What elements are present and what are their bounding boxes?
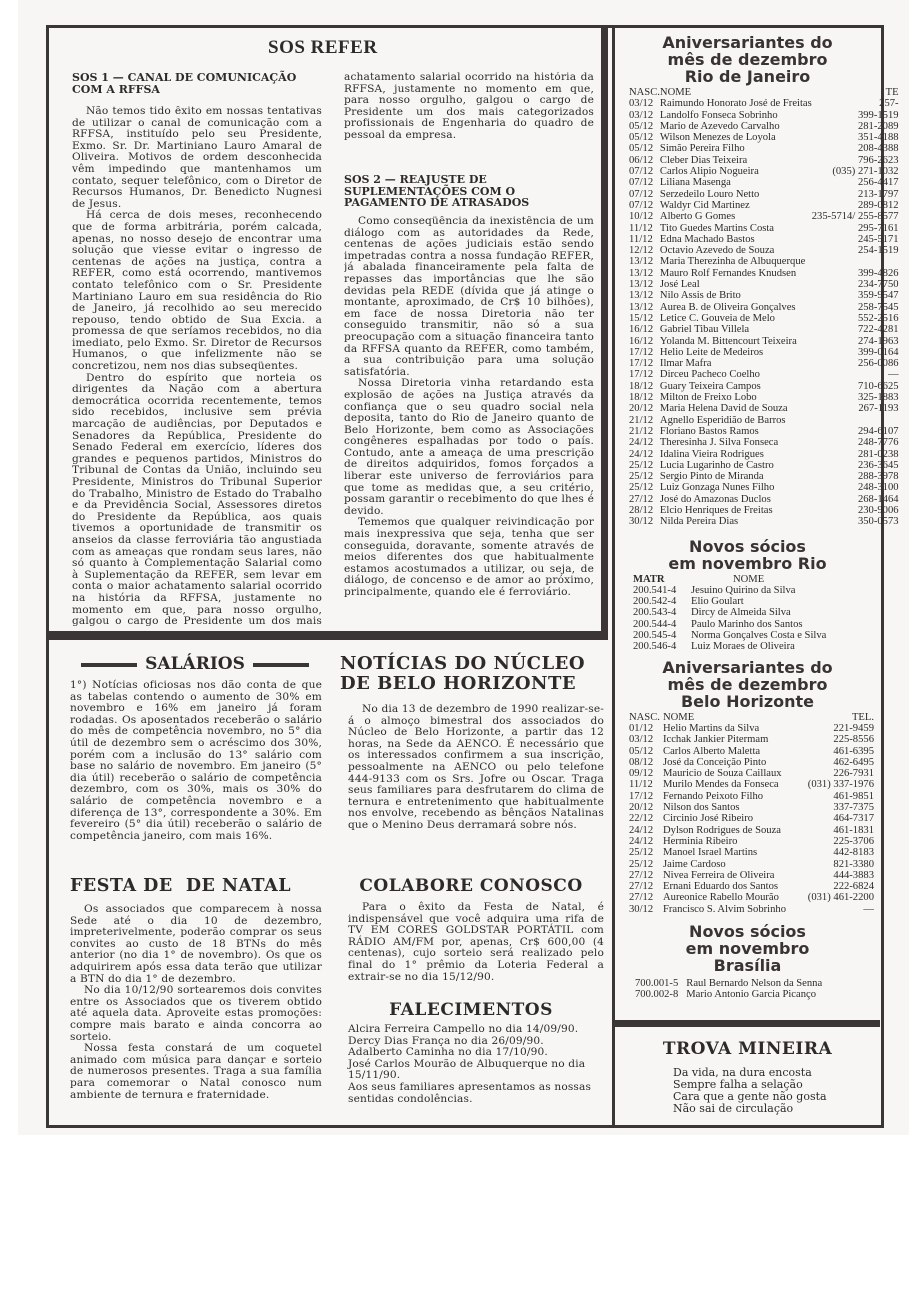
row-key: 16/12 xyxy=(629,324,660,335)
row-key: 700.001-5 xyxy=(635,978,678,989)
sos2-paragraph: Nossa Diretoria vinha retardando esta ex… xyxy=(344,378,594,517)
row-phone: 248-7776 xyxy=(812,437,899,448)
row-key: 17/12 xyxy=(629,358,660,369)
row-name: Dirceu Pacheco Coelho xyxy=(660,369,812,380)
row-phone: 294-6107 xyxy=(812,426,899,437)
row-phone: 337-7375 xyxy=(800,802,874,813)
aniv-bh-title-line3: Belo Horizonte xyxy=(615,693,880,710)
row-phone: 464-7317 xyxy=(800,813,874,824)
falecimento-item: Alcira Ferreira Campello no dia 14/09/90… xyxy=(348,1024,604,1036)
row-name: Raul Bernardo Nelson da Senna xyxy=(678,978,822,989)
row-phone: 230-9006 xyxy=(812,505,899,516)
table-row: 13/12Nilo Assis de Brito359-9547 xyxy=(629,290,899,301)
row-phone: 350-0573 xyxy=(812,516,899,527)
row-phone: 225-8556 xyxy=(800,734,874,745)
festa-paragraph: Os associados que comparecem à nossa Sed… xyxy=(70,904,322,985)
row-key: 27/12 xyxy=(629,892,663,903)
aniv-rio-title-line2: mês de dezembro xyxy=(615,51,880,68)
row-name: Mario de Azevedo Carvalho xyxy=(660,121,812,132)
row-name: Letice C. Gouveia de Melo xyxy=(660,313,812,324)
row-name: Milton de Freixo Lobo xyxy=(660,392,812,403)
sos1-paragraph: Não temos tido êxito em nossas tentativa… xyxy=(72,106,322,210)
table-row: 05/12Wilson Menezes de Loyola351-4188 xyxy=(629,132,899,143)
row-name: Carlos Alberto Maletta xyxy=(663,746,800,757)
row-key: 27/12 xyxy=(629,494,660,505)
row-key: 08/12 xyxy=(629,757,663,768)
table-row: 17/12Dirceu Pacheco Coelho— xyxy=(629,369,899,380)
row-name: Serzedeilo Louro Netto xyxy=(660,189,812,200)
row-phone: 289-0812 xyxy=(812,200,899,211)
row-phone: 254-1519 xyxy=(812,245,899,256)
table-row: 27/12José do Amazonas Duclos268-1464 xyxy=(629,494,899,505)
row-name: Maria Therezinha de Albuquerque xyxy=(660,256,812,267)
sos2-heading: SOS 2 — REAJUSTE DE SUPLEMENTAÇÕES COM O… xyxy=(344,174,594,209)
row-key: 30/12 xyxy=(629,516,660,527)
table-row: 05/12Carlos Alberto Maletta461-6395 xyxy=(629,746,874,757)
row-phone: 325-1883 xyxy=(812,392,899,403)
row-name: Idalina Vieira Rodrigues xyxy=(660,449,812,460)
row-key: 27/12 xyxy=(629,881,663,892)
row-name: Nilson dos Santos xyxy=(663,802,800,813)
row-name: Floriano Bastos Ramos xyxy=(660,426,812,437)
table-row: 200.543-4Dircy de Almeida Silva xyxy=(633,607,826,618)
row-phone xyxy=(812,415,899,426)
row-key: 13/12 xyxy=(629,279,660,290)
row-phone: 462-6495 xyxy=(800,757,874,768)
sos-refer-section: SOS REFER SOS 1 — CANAL DE COMUNICAÇÃO C… xyxy=(48,28,608,640)
socios-brasilia-table: 700.001-5Raul Bernardo Nelson da Senna70… xyxy=(635,978,822,1001)
row-phone: 248-3100 xyxy=(812,482,899,493)
table-row: 21/12Floriano Bastos Ramos294-6107 xyxy=(629,426,899,437)
table-row: 20/12Maria Helena David de Souza267-1193 xyxy=(629,403,899,414)
row-phone: (031) 461-2200 xyxy=(800,892,874,903)
row-name: Raimundo Honorato José de Freitas xyxy=(660,98,812,109)
table-row: 17/12Helio Leite de Medeiros399-0164 xyxy=(629,347,899,358)
aniv-bh-table: NASC. NOME TEL. 01/12Helio Martins da Si… xyxy=(629,712,874,915)
row-name: Luiz Moraes de Oliveira xyxy=(683,641,826,652)
row-phone: — xyxy=(812,369,899,380)
salarios-header: SALÁRIOS xyxy=(64,654,326,674)
rule-left xyxy=(81,663,137,667)
row-key: 13/12 xyxy=(629,256,660,267)
row-name: Landolfo Fonseca Sobrinho xyxy=(660,110,812,121)
row-name: Sergio Pinto de Miranda xyxy=(660,471,812,482)
nucleo-bh-title: NOTÍCIAS DO NÚCLEO DE BELO HORIZONTE xyxy=(340,654,585,694)
row-phone: 225-3706 xyxy=(800,836,874,847)
socios-rio-title-line2: em novembro Rio xyxy=(615,555,880,572)
col-matr: MATR xyxy=(633,574,683,585)
table-row: 01/12Helio Martins da Silva221-9459 xyxy=(629,723,874,734)
falecimentos-list: Alcira Ferreira Campello no dia 14/09/90… xyxy=(348,1024,604,1105)
row-phone: 274-1963 xyxy=(812,336,899,347)
nucleo-bh-title-line2: DE BELO HORIZONTE xyxy=(340,674,585,694)
row-name: José Leal xyxy=(660,279,812,290)
row-phone: 267-1193 xyxy=(812,403,899,414)
row-name: Nivea Ferreira de Oliveira xyxy=(663,870,800,881)
row-phone: 268-1464 xyxy=(812,494,899,505)
row-phone: 442-8183 xyxy=(800,847,874,858)
row-key: 22/12 xyxy=(629,813,663,824)
row-phone: 222-6824 xyxy=(800,881,874,892)
row-name: Murilo Mendes da Fonseca xyxy=(663,779,800,790)
row-name: Norma Gonçalves Costa e Silva xyxy=(683,630,826,641)
aniv-bh-title-line2: mês de dezembro xyxy=(615,676,880,693)
row-phone: 281-2089 xyxy=(812,121,899,132)
row-key: 11/12 xyxy=(629,223,660,234)
col-nome: NOME xyxy=(663,712,800,723)
row-name: Tito Guedes Martins Costa xyxy=(660,223,812,234)
sos1-heading: SOS 1 — CANAL DE COMUNICAÇÃO COM A RFFSA xyxy=(72,72,322,95)
table-row: 700.002-8Mario Antonio Garcia Picanço xyxy=(635,989,822,1000)
table-row: 11/12Tito Guedes Martins Costa295-7161 xyxy=(629,223,899,234)
sos1-continuation-text: achatamento salarial ocorrido na históri… xyxy=(344,72,594,141)
col-tel: TEL. xyxy=(800,712,874,723)
table-row: 25/12Luiz Gonzaga Nunes Filho248-3100 xyxy=(629,482,899,493)
row-name: Jaime Cardoso xyxy=(663,859,800,870)
row-name: Theresinha J. Silva Fonseca xyxy=(660,437,812,448)
table-row: 18/12Guary Teixeira Campos710-6625 xyxy=(629,381,899,392)
table-row: 16/12Yolanda M. Bittencourt Teixeira274-… xyxy=(629,336,899,347)
row-name: Elcio Henriques de Freitas xyxy=(660,505,812,516)
festa-body: Os associados que comparecem à nossa Sed… xyxy=(70,904,322,1101)
table-row: 25/12Lucia Lugarinho de Castro236-3645 xyxy=(629,460,899,471)
col-nasc: NASC. xyxy=(629,712,663,723)
table-row: 03/12Icchak Jankier Pitermam225-8556 xyxy=(629,734,874,745)
row-key: 25/12 xyxy=(629,471,660,482)
table-row: 13/12Mauro Rolf Fernandes Knudsen399-482… xyxy=(629,268,899,279)
row-name: Manoel Israel Martins xyxy=(663,847,800,858)
trova-verse: Da vida, na dura encosta Sempre falha a … xyxy=(673,1067,880,1115)
row-name: Paulo Marinho dos Santos xyxy=(683,619,826,630)
trova-title: TROVA MINEIRA xyxy=(615,1039,880,1059)
row-key: 18/12 xyxy=(629,381,660,392)
row-key: 17/12 xyxy=(629,369,660,380)
row-name: Mario Antonio Garcia Picanço xyxy=(678,989,822,1000)
sos1-paragraph: Há cerca de dois meses, reconhecendo que… xyxy=(72,210,322,372)
row-phone: 226-7931 xyxy=(800,768,874,779)
row-phone: (035) 271-1032 xyxy=(812,166,899,177)
row-name: Helio Leite de Medeiros xyxy=(660,347,812,358)
row-key: 09/12 xyxy=(629,768,663,779)
row-name: Dircy de Almeida Silva xyxy=(683,607,826,618)
table-row: 06/12Cleber Dias Teixeira796-2623 xyxy=(629,155,899,166)
bottom-sections: SALÁRIOS 1°) Notícias oficiosas nos dão … xyxy=(48,640,612,1126)
table-row: 24/12Theresinha J. Silva Fonseca248-7776 xyxy=(629,437,899,448)
row-key: 03/12 xyxy=(629,110,660,121)
table-row: 08/12José da Conceição Pinto462-6495 xyxy=(629,757,874,768)
table-row: 24/12Herminia Ribeiro225-3706 xyxy=(629,836,874,847)
table-row: 200.545-4Norma Gonçalves Costa e Silva xyxy=(633,630,826,641)
row-name: Octavio Azevedo de Souza xyxy=(660,245,812,256)
table-row: 05/12Mario de Azevedo Carvalho281-2089 xyxy=(629,121,899,132)
row-key: 05/12 xyxy=(629,746,663,757)
row-key: 28/12 xyxy=(629,505,660,516)
table-row: 25/12Jaime Cardoso821-3380 xyxy=(629,859,874,870)
row-name: Liliana Masenga xyxy=(660,177,812,188)
row-key: 13/12 xyxy=(629,290,660,301)
row-key: 13/12 xyxy=(629,268,660,279)
row-name: Lucia Lugarinho de Castro xyxy=(660,460,812,471)
row-name: Guary Teixeira Campos xyxy=(660,381,812,392)
table-row: 07/12Waldyr Cid Martinez289-0812 xyxy=(629,200,899,211)
row-key: 25/12 xyxy=(629,460,660,471)
row-name: Nilda Pereira Dias xyxy=(660,516,812,527)
row-name: Wilson Menezes de Loyola xyxy=(660,132,812,143)
row-key: 24/12 xyxy=(629,437,660,448)
row-phone: 258-7545 xyxy=(812,302,899,313)
row-name: Nilo Assis de Brito xyxy=(660,290,812,301)
row-key: 200.542-4 xyxy=(633,596,683,607)
row-key: 20/12 xyxy=(629,403,660,414)
table-row: 15/12Letice C. Gouveia de Melo552-2516 xyxy=(629,313,899,324)
row-name: Ilmar Mafra xyxy=(660,358,812,369)
row-key: 06/12 xyxy=(629,155,660,166)
sos-refer-title: SOS REFER xyxy=(268,37,378,59)
row-name: Alberto G Gomes xyxy=(660,211,812,222)
row-phone: 461-9851 xyxy=(800,791,874,802)
row-key: 27/12 xyxy=(629,870,663,881)
trova-line: Não sai de circulação xyxy=(673,1103,880,1115)
table-row: 21/12Agnello Esperidião de Barros xyxy=(629,415,899,426)
row-phone: 722-4281 xyxy=(812,324,899,335)
table-row: 11/12Murilo Mendes da Fonseca(031) 337-1… xyxy=(629,779,874,790)
row-name: Circinio José Ribeiro xyxy=(663,813,800,824)
row-phone: 710-6625 xyxy=(812,381,899,392)
nucleo-bh-paragraph: No dia 13 de dezembro de 1990 realizar-s… xyxy=(348,704,604,832)
row-key: 16/12 xyxy=(629,336,660,347)
row-name: Waldyr Cid Martinez xyxy=(660,200,812,211)
row-key: 20/12 xyxy=(629,802,663,813)
sos1-body-col1: Não temos tido êxito em nossas tentativa… xyxy=(72,106,322,626)
row-key: 15/12 xyxy=(629,313,660,324)
table-row: 30/12Francisco S. Alvim Sobrinho— xyxy=(629,904,874,915)
trova-mineira-section: TROVA MINEIRA Da vida, na dura encosta S… xyxy=(612,1020,880,1126)
table-row: 24/12Dylson Rodrigues de Souza461-1831 xyxy=(629,825,874,836)
row-name: Maria Helena David de Souza xyxy=(660,403,812,414)
aniv-rio-table: NASC. NOME TE 03/12Raimundo Honorato Jos… xyxy=(629,87,899,528)
row-key: 05/12 xyxy=(629,143,660,154)
sos1-paragraph: Dentro do espírito que norteia os dirige… xyxy=(72,373,322,626)
row-key: 200.541-4 xyxy=(633,585,683,596)
table-row: 07/12Serzedeilo Louro Netto213-1797 xyxy=(629,189,899,200)
table-row: 11/12Edna Machado Bastos245-5171 xyxy=(629,234,899,245)
row-name: Carlos Alipio Nogueira xyxy=(660,166,812,177)
aniv-bh-title: Aniversariantes do mês de dezembro Belo … xyxy=(615,659,880,710)
row-key: 25/12 xyxy=(629,847,663,858)
sos1-continuation: achatamento salarial ocorrido na históri… xyxy=(344,72,594,152)
colabore-paragraph: Para o êxito da Festa de Natal, é indisp… xyxy=(348,902,604,983)
col-nome: NOME xyxy=(660,87,812,98)
sos2-body: Como conseqüência da inexistência de um … xyxy=(344,216,594,628)
socios-rio-title-line1: Novos sócios xyxy=(615,538,880,555)
table-row: 07/12Liliana Masenga256-4417 xyxy=(629,177,899,188)
row-phone: 295-7161 xyxy=(812,223,899,234)
row-key: 200.544-4 xyxy=(633,619,683,630)
row-phone: 208-4388 xyxy=(812,143,899,154)
row-phone: 399-1519 xyxy=(812,110,899,121)
salarios-title: SALÁRIOS xyxy=(142,654,248,674)
row-name: Luiz Gonzaga Nunes Filho xyxy=(660,482,812,493)
table-row: 13/12José Leal234-7750 xyxy=(629,279,899,290)
row-name: Francisco S. Alvim Sobrinho xyxy=(663,904,800,915)
row-key: 07/12 xyxy=(629,177,660,188)
salarios-text: 1°) Notícias oficiosas nos dão conta de … xyxy=(70,680,322,842)
table-row: 07/12Carlos Alipio Nogueira(035) 271-103… xyxy=(629,166,899,177)
table-row: 05/12Simão Pereira Filho208-4388 xyxy=(629,143,899,154)
row-name: José do Amazonas Duclos xyxy=(660,494,812,505)
sos2-paragraph: Tememos que qualquer reivindicação por m… xyxy=(344,517,594,598)
row-key: 17/12 xyxy=(629,347,660,358)
row-name: Ernani Eduardo dos Santos xyxy=(663,881,800,892)
table-row: 13/12Maria Therezinha de Albuquerque xyxy=(629,256,899,267)
right-column: Aniversariantes do mês de dezembro Rio d… xyxy=(612,28,880,1020)
row-key: 21/12 xyxy=(629,426,660,437)
row-key: 12/12 xyxy=(629,245,660,256)
table-row: 17/12Fernando Peixoto Filho461-9851 xyxy=(629,791,874,802)
row-name: Aureonice Rabello Mourão xyxy=(663,892,800,903)
row-phone: 236-3645 xyxy=(812,460,899,471)
row-key: 13/12 xyxy=(629,302,660,313)
table-row: 27/12Aureonice Rabello Mourão(031) 461-2… xyxy=(629,892,874,903)
rule-right xyxy=(253,663,309,667)
aniv-rio-title-line1: Aniversariantes do xyxy=(615,34,880,51)
aniv-bh-title-line1: Aniversariantes do xyxy=(615,659,880,676)
table-row: 200.544-4Paulo Marinho dos Santos xyxy=(633,619,826,630)
row-name: Mauricio de Souza Caillaux xyxy=(663,768,800,779)
row-key: 11/12 xyxy=(629,234,660,245)
column-divider xyxy=(612,640,615,1126)
socios-brasilia-title-line1: Novos sócios xyxy=(615,923,880,940)
row-phone: 213-1797 xyxy=(812,189,899,200)
row-phone: 245-5171 xyxy=(812,234,899,245)
table-row: 24/12Idalina Vieira Rodrigues281-0238 xyxy=(629,449,899,460)
row-phone: 796-2623 xyxy=(812,155,899,166)
table-row: 30/12Nilda Pereira Dias350-0573 xyxy=(629,516,899,527)
colabore-text: Para o êxito da Festa de Natal, é indisp… xyxy=(348,902,604,983)
row-key: 05/12 xyxy=(629,132,660,143)
festa-title: FESTA DE DE NATAL xyxy=(70,876,291,896)
socios-brasilia-title: Novos sócios em novembro Brasília xyxy=(615,923,880,974)
sos2-paragraph: Como conseqüência da inexistência de um … xyxy=(344,216,594,378)
row-phone: 281-0238 xyxy=(812,449,899,460)
row-key: 03/12 xyxy=(629,734,663,745)
row-key: 200.545-4 xyxy=(633,630,683,641)
row-phone: 399-0164 xyxy=(812,347,899,358)
row-name: Gabriel Tibau Villela xyxy=(660,324,812,335)
table-row: 28/12Elcio Henriques de Freitas230-9006 xyxy=(629,505,899,516)
table-row: 03/12Landolfo Fonseca Sobrinho399-1519 xyxy=(629,110,899,121)
table-row: 700.001-5Raul Bernardo Nelson da Senna xyxy=(635,978,822,989)
row-name: Dylson Rodrigues de Souza xyxy=(663,825,800,836)
row-key: 700.002-8 xyxy=(635,989,678,1000)
row-phone: 234-7750 xyxy=(812,279,899,290)
row-phone: — xyxy=(800,904,874,915)
aniv-rio-title: Aniversariantes do mês de dezembro Rio d… xyxy=(615,34,880,85)
row-key: 03/12 xyxy=(629,98,660,109)
socios-rio-title: Novos sócios em novembro Rio xyxy=(615,538,880,572)
row-phone: 461-6395 xyxy=(800,746,874,757)
row-name: Yolanda M. Bittencourt Teixeira xyxy=(660,336,812,347)
aniv-rio-title-line3: Rio de Janeiro xyxy=(615,68,880,85)
row-key: 30/12 xyxy=(629,904,663,915)
row-name: Aurea B. de Oliveira Gonçalves xyxy=(660,302,812,313)
socios-brasilia-title-line2: em novembro xyxy=(615,940,880,957)
festa-paragraph: No dia 10/12/90 sortearemos dois convite… xyxy=(70,985,322,1043)
table-row: 200.546-4Luiz Moraes de Oliveira xyxy=(633,641,826,652)
col-nasc: NASC. xyxy=(629,87,660,98)
row-name: Edna Machado Bastos xyxy=(660,234,812,245)
row-key: 200.546-4 xyxy=(633,641,683,652)
table-row: 25/12Manoel Israel Martins442-8183 xyxy=(629,847,874,858)
row-phone: 257- xyxy=(812,98,899,109)
row-name: Cleber Dias Teixeira xyxy=(660,155,812,166)
row-name: Simão Pereira Filho xyxy=(660,143,812,154)
row-phone: 359-9547 xyxy=(812,290,899,301)
row-key: 25/12 xyxy=(629,482,660,493)
row-key: 24/12 xyxy=(629,449,660,460)
row-key: 05/12 xyxy=(629,121,660,132)
row-key: 17/12 xyxy=(629,791,663,802)
festa-paragraph: Nossa festa constará de um coquetel anim… xyxy=(70,1043,322,1101)
table-row: 20/12Nilson dos Santos337-7375 xyxy=(629,802,874,813)
row-phone: 552-2516 xyxy=(812,313,899,324)
table-row: 09/12Mauricio de Souza Caillaux226-7931 xyxy=(629,768,874,779)
falecimentos-closing: Aos seus familiares apresentamos as noss… xyxy=(348,1082,604,1105)
falecimentos-title: FALECIMENTOS xyxy=(340,1000,602,1020)
row-name: Helio Martins da Silva xyxy=(663,723,800,734)
row-phone: 399-4826 xyxy=(812,268,899,279)
table-row: 25/12Sergio Pinto de Miranda288-3978 xyxy=(629,471,899,482)
table-row: 10/12Alberto G Gomes235-5714/ 255-8577 xyxy=(629,211,899,222)
row-name: Mauro Rolf Fernandes Knudsen xyxy=(660,268,812,279)
table-row: 27/12Ernani Eduardo dos Santos222-6824 xyxy=(629,881,874,892)
row-name: Elio Goulart xyxy=(683,596,826,607)
row-name: Fernando Peixoto Filho xyxy=(663,791,800,802)
table-row: 200.541-4Jesuino Quirino da Silva xyxy=(633,585,826,596)
row-phone: (031) 337-1976 xyxy=(800,779,874,790)
row-phone: 256-4417 xyxy=(812,177,899,188)
falecimento-item: José Carlos Mourão de Albuquerque no dia… xyxy=(348,1059,604,1082)
nucleo-bh-title-line1: NOTÍCIAS DO NÚCLEO xyxy=(340,654,585,674)
socios-brasilia-title-line3: Brasília xyxy=(615,957,880,974)
row-phone: 221-9459 xyxy=(800,723,874,734)
row-key: 200.543-4 xyxy=(633,607,683,618)
row-key: 24/12 xyxy=(629,825,663,836)
row-name: Agnello Esperidião de Barros xyxy=(660,415,812,426)
table-row: 17/12Ilmar Mafra256-0086 xyxy=(629,358,899,369)
row-key: 24/12 xyxy=(629,836,663,847)
row-phone: 461-1831 xyxy=(800,825,874,836)
table-row: 22/12Circinio José Ribeiro464-7317 xyxy=(629,813,874,824)
row-name: Herminia Ribeiro xyxy=(663,836,800,847)
row-phone: 444-3883 xyxy=(800,870,874,881)
row-phone: 821-3380 xyxy=(800,859,874,870)
table-row: 03/12Raimundo Honorato José de Freitas25… xyxy=(629,98,899,109)
row-key: 07/12 xyxy=(629,200,660,211)
row-name: Icchak Jankier Pitermam xyxy=(663,734,800,745)
row-key: 21/12 xyxy=(629,415,660,426)
nucleo-bh-text: No dia 13 de dezembro de 1990 realizar-s… xyxy=(348,704,604,832)
row-phone: 235-5714/ 255-8577 xyxy=(812,211,899,222)
col-nome: NOME xyxy=(683,574,826,585)
row-key: 10/12 xyxy=(629,211,660,222)
table-row: 18/12Milton de Freixo Lobo325-1883 xyxy=(629,392,899,403)
row-key: 18/12 xyxy=(629,392,660,403)
row-key: 07/12 xyxy=(629,166,660,177)
table-row: 27/12Nivea Ferreira de Oliveira444-3883 xyxy=(629,870,874,881)
socios-rio-table: MATR NOME 200.541-4Jesuino Quirino da Si… xyxy=(633,574,826,653)
row-phone: 256-0086 xyxy=(812,358,899,369)
